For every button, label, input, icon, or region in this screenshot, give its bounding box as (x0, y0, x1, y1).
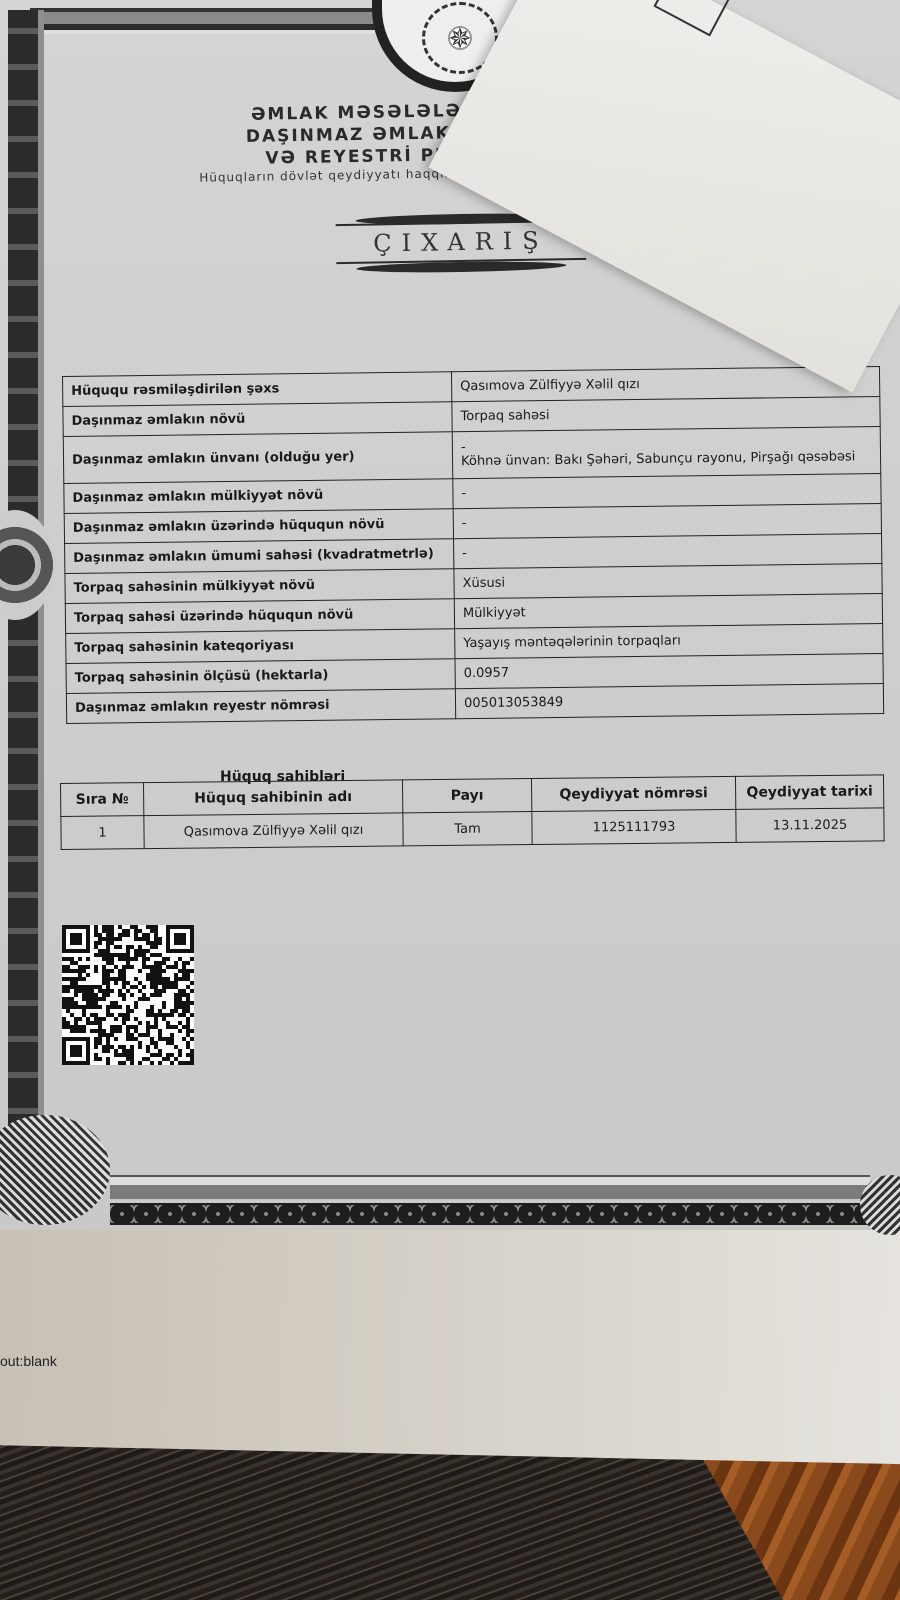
field-label: Torpaq sahəsinin mülkiyyət növü (65, 569, 454, 604)
owners-table: Sıra № Hüquq sahibinin adı Payı Qeydiyya… (60, 774, 885, 850)
field-label: Daşınmaz əmlakın növü (63, 402, 452, 437)
column-header: Payı (402, 779, 531, 813)
field-label: Daşınmaz əmlakın reyestr nömrəsi (66, 689, 455, 724)
field-label: Daşınmaz əmlakın mülkiyyət növü (64, 479, 453, 514)
about-blank-label: out:blank (0, 1353, 57, 1369)
registration-date: 13.11.2025 (736, 808, 884, 843)
field-value: 005013053849 (455, 683, 883, 718)
owner-share: Tam (403, 812, 532, 846)
rosette-ornament-icon (0, 510, 55, 620)
field-label: Hüququ rəsmiləşdirilən şəxs (63, 372, 452, 407)
decorative-border-bottom (110, 1175, 870, 1225)
field-label: Torpaq sahəsinin ölçüsü (hektarla) (66, 659, 455, 694)
field-label: Torpaq sahəsinin kateqoriyası (66, 629, 455, 664)
field-value-address: - Köhnə ünvan: Bakı Şəhəri, Sabunçu rayo… (452, 427, 881, 479)
owner-index: 1 (61, 816, 144, 850)
field-label: Daşınmaz əmlakın üzərində hüququn növü (64, 509, 453, 544)
corner-ornament-icon (0, 1115, 110, 1225)
column-header: Hüquq sahibinin adı (144, 780, 403, 816)
field-label: Daşınmaz əmlakın ünvanı (olduğu yer) (63, 432, 453, 484)
registration-number: 1125111793 (532, 809, 736, 844)
column-header: Sıra № (61, 783, 144, 817)
field-label: Daşınmaz əmlakın ümumi sahəsi (kvadratme… (65, 539, 454, 574)
property-info-table: Hüququ rəsmiləşdirilən şəxs Qasımova Zül… (62, 366, 884, 724)
owner-name: Qasımova Zülfiyyə Xəlil qızı (144, 813, 403, 849)
column-header: Qeydiyyat nömrəsi (531, 776, 735, 811)
qr-code-icon (62, 925, 194, 1065)
field-label: Torpaq sahəsi üzərində hüququn növü (65, 599, 454, 634)
column-header: Qeydiyyat tarixi (735, 775, 883, 810)
